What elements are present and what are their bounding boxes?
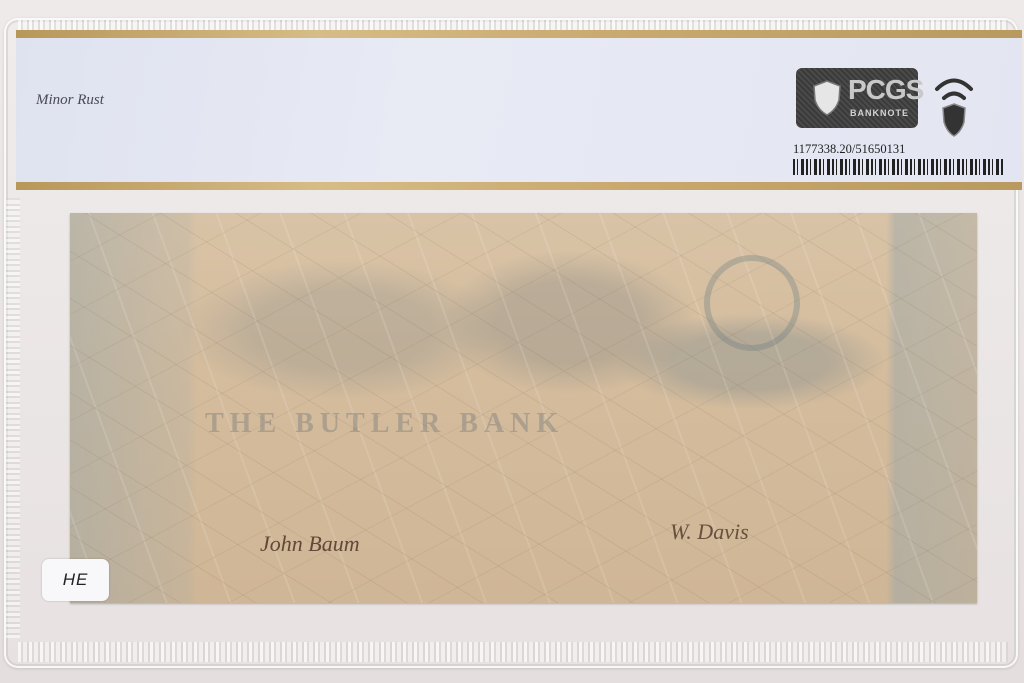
signature-left: John Baum xyxy=(260,531,360,557)
brand-subtitle: BANKNOTE xyxy=(850,108,909,118)
holder-border-left xyxy=(6,198,20,638)
brand-name: PCGS xyxy=(848,74,923,106)
pcgs-logo: PCGS BANKNOTE xyxy=(796,68,918,128)
grading-label: Minor Rust PCGS BANKNOTE 1177338.20/5165… xyxy=(16,30,1022,190)
nfc-shield-icon xyxy=(934,74,974,144)
inventory-sticker: HE xyxy=(42,559,109,601)
note-faint-text: THE BUTLER BANK xyxy=(205,408,564,440)
cert-number: 1177338.20/51650131 xyxy=(793,142,905,157)
holder-border-bottom xyxy=(18,642,1008,662)
note-seal xyxy=(704,255,800,351)
banknote: THE BUTLER BANK John Baum W. Davis xyxy=(70,213,977,603)
signature-right: W. Davis xyxy=(670,519,749,545)
grade-note: Minor Rust xyxy=(36,92,104,109)
shield-icon xyxy=(812,80,842,116)
barcode xyxy=(793,159,1003,175)
